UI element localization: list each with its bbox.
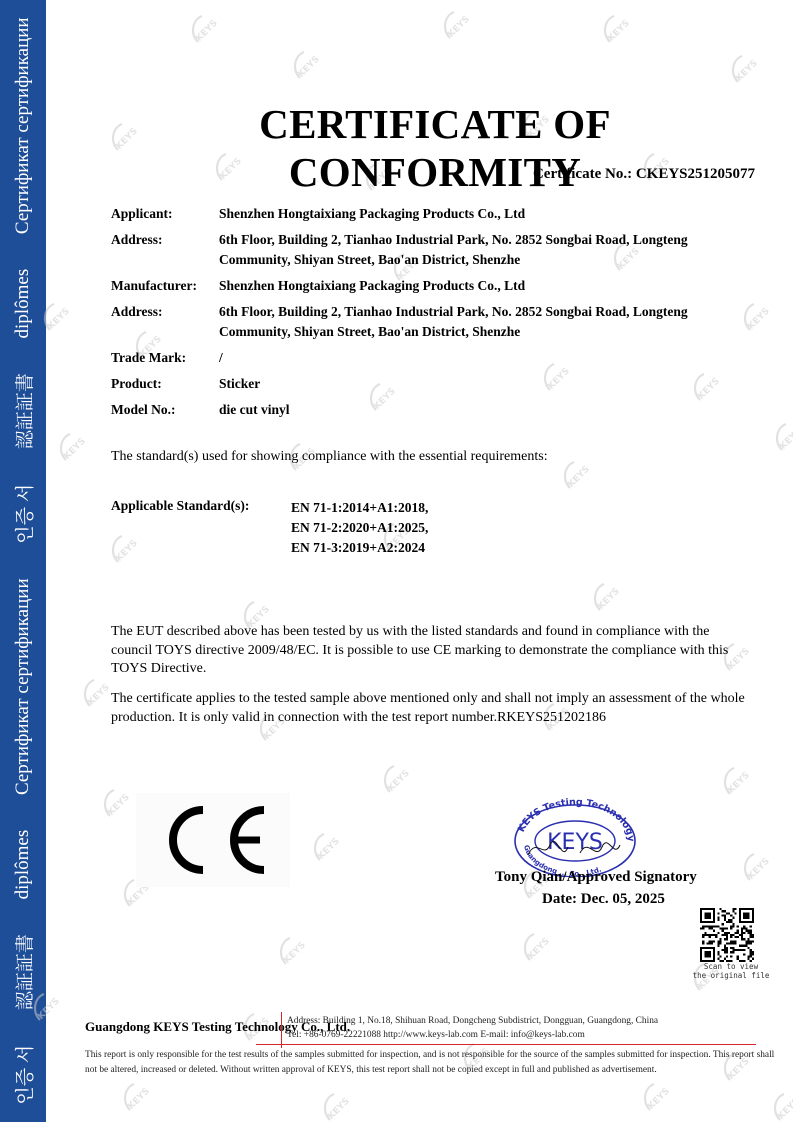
side-band-label: 認証証書 — [10, 928, 37, 1016]
svg-text:KEYS: KEYS — [326, 1096, 352, 1122]
side-band: 인증 서 認証証書 diplômes Сертификат сертификац… — [0, 0, 46, 1122]
field-label: Manufacturer: — [111, 276, 219, 296]
field-value: 6th Floor, Building 2, Tianhao Industria… — [219, 230, 751, 270]
keys-logo-watermark-icon: KEYS — [600, 12, 634, 46]
keys-logo-watermark-icon: KEYS — [380, 762, 414, 796]
keys-logo-watermark-icon: KEYS — [590, 580, 624, 614]
field-applicant: Applicant: Shenzhen Hongtaixiang Packagi… — [111, 204, 751, 224]
svg-text:KEYS: KEYS — [606, 18, 632, 44]
keys-logo-watermark-icon: KEYS — [640, 1080, 674, 1114]
svg-text:KEYS: KEYS — [386, 768, 412, 794]
field-value: 6th Floor, Building 2, Tianhao Industria… — [219, 302, 751, 342]
field-label: Product: — [111, 374, 219, 394]
field-label: Address: — [111, 302, 219, 342]
applicable-standards: Applicable Standard(s): EN 71-1:2014+A1:… — [111, 498, 428, 558]
keys-logo-watermark-icon: KEYS — [290, 48, 324, 82]
svg-text:KEYS: KEYS — [106, 792, 132, 818]
field-value: die cut vinyl — [219, 400, 751, 420]
keys-logo-watermark-icon: KEYS — [728, 52, 762, 86]
field-value: / — [219, 348, 751, 368]
field-model-no: Model No.: die cut vinyl — [111, 400, 751, 420]
certificate-fields: Applicant: Shenzhen Hongtaixiang Packagi… — [111, 204, 751, 426]
field-value: Sticker — [219, 374, 751, 394]
svg-text:KEYS: KEYS — [596, 586, 622, 612]
standard-item: EN 71-3:2019+A2:2024 — [291, 538, 428, 558]
svg-text:KEYS: KEYS — [726, 770, 752, 796]
svg-text:KEYS: KEYS — [296, 54, 322, 80]
qr-code[interactable] — [700, 908, 754, 962]
standards-label: Applicable Standard(s): — [111, 498, 291, 558]
company-seal: KEYS Testing Technology Guangdong ... Co… — [510, 797, 640, 877]
field-label: Model No.: — [111, 400, 219, 420]
keys-logo-watermark-icon: KEYS — [120, 1080, 154, 1114]
qr-caption-line: Scan to view — [686, 962, 776, 971]
svg-text:KEYS: KEYS — [446, 14, 472, 40]
keys-logo-watermark-icon: KEYS — [100, 786, 134, 820]
side-band-label: diplômes — [12, 824, 34, 906]
qr-caption-line: the original file — [686, 971, 776, 980]
footer-contact: Address: Building 1, No.18, Shihuan Road… — [287, 1014, 658, 1042]
side-band-label: diplômes — [12, 263, 34, 345]
signatory-name: Tony Qian/Approved Signatory — [495, 869, 697, 886]
compliance-paragraph: The EUT described above has been tested … — [111, 623, 751, 679]
field-manufacturer: Manufacturer: Shenzhen Hongtaixiang Pack… — [111, 276, 751, 296]
side-band-label: 인증 서 — [10, 478, 37, 550]
qr-caption: Scan to view the original file — [686, 962, 776, 980]
field-product: Product: Sticker — [111, 374, 751, 394]
keys-logo-watermark-icon: KEYS — [560, 458, 594, 492]
standards-intro: The standard(s) used for showing complia… — [111, 449, 548, 465]
keys-logo-watermark-icon: KEYS — [520, 930, 554, 964]
field-value: Shenzhen Hongtaixiang Packaging Products… — [219, 204, 751, 224]
validity-paragraph: The certificate applies to the tested sa… — [111, 690, 751, 727]
svg-text:KEYS: KEYS — [46, 306, 72, 332]
footer-divider-vertical — [281, 1012, 282, 1048]
svg-text:KEYS: KEYS — [316, 836, 342, 862]
keys-logo-watermark-icon: KEYS — [80, 676, 114, 710]
issue-date: Date: Dec. 05, 2025 — [542, 891, 665, 908]
field-applicant-address: Address: 6th Floor, Building 2, Tianhao … — [111, 230, 751, 270]
svg-text:KEYS: KEYS — [126, 1086, 152, 1112]
keys-logo-watermark-icon: KEYS — [772, 420, 793, 454]
keys-logo-watermark-icon: KEYS — [740, 850, 774, 884]
svg-text:KEYS: KEYS — [86, 682, 112, 708]
keys-logo-watermark-icon: KEYS — [440, 8, 474, 42]
svg-text:KEYS: KEYS — [734, 58, 760, 84]
field-value: Shenzhen Hongtaixiang Packaging Products… — [219, 276, 751, 296]
svg-text:KEYS: KEYS — [566, 464, 592, 490]
side-band-label: Сертификат сертификации — [12, 572, 34, 801]
field-trade-mark: Trade Mark: / — [111, 348, 751, 368]
svg-text:KEYS: KEYS — [746, 856, 772, 882]
side-band-label: Сертификат сертификации — [12, 11, 34, 240]
standard-item: EN 71-2:2020+A1:2025, — [291, 518, 428, 538]
keys-logo-watermark-icon: KEYS — [770, 1090, 793, 1122]
footer-address: Address: Building 1, No.18, Shihuan Road… — [287, 1014, 658, 1028]
svg-text:KEYS: KEYS — [282, 940, 308, 966]
keys-logo-watermark-icon: KEYS — [56, 430, 90, 464]
svg-text:KEYS: KEYS — [62, 436, 88, 462]
svg-text:KEYS: KEYS — [778, 426, 793, 452]
keys-logo-watermark-icon: KEYS — [320, 1090, 354, 1122]
certificate-number: Certificate No.: CKEYS251205077 — [533, 166, 755, 183]
keys-logo-watermark-icon: KEYS — [188, 12, 222, 46]
side-band-label: 認証証書 — [10, 367, 37, 455]
keys-logo-watermark-icon: KEYS — [276, 934, 310, 968]
side-band-labels: 인증 서 認証証書 diplômes Сертификат сертификац… — [0, 0, 46, 1122]
svg-text:KEYS: KEYS — [526, 936, 552, 962]
ce-mark-icon — [136, 793, 290, 887]
svg-text:KEYS: KEYS — [646, 1086, 672, 1112]
field-label: Applicant: — [111, 204, 219, 224]
footer-divider-horizontal — [256, 1044, 756, 1045]
side-band-label: 인증 서 — [10, 1039, 37, 1111]
keys-logo-watermark-icon: KEYS — [310, 830, 344, 864]
footer-contact-line: Tel: +86-0769-22221088 http://www.keys-l… — [287, 1028, 658, 1042]
footer-disclaimer: This report is only responsible for the … — [85, 1048, 775, 1077]
field-manufacturer-address: Address: 6th Floor, Building 2, Tianhao … — [111, 302, 751, 342]
svg-text:KEYS: KEYS — [194, 18, 220, 44]
svg-text:KEYS: KEYS — [776, 1096, 793, 1122]
keys-logo-watermark-icon: KEYS — [720, 764, 754, 798]
field-label: Address: — [111, 230, 219, 270]
field-label: Trade Mark: — [111, 348, 219, 368]
standard-item: EN 71-1:2014+A1:2018, — [291, 498, 428, 518]
standards-list: EN 71-1:2014+A1:2018, EN 71-2:2020+A1:20… — [291, 498, 428, 558]
